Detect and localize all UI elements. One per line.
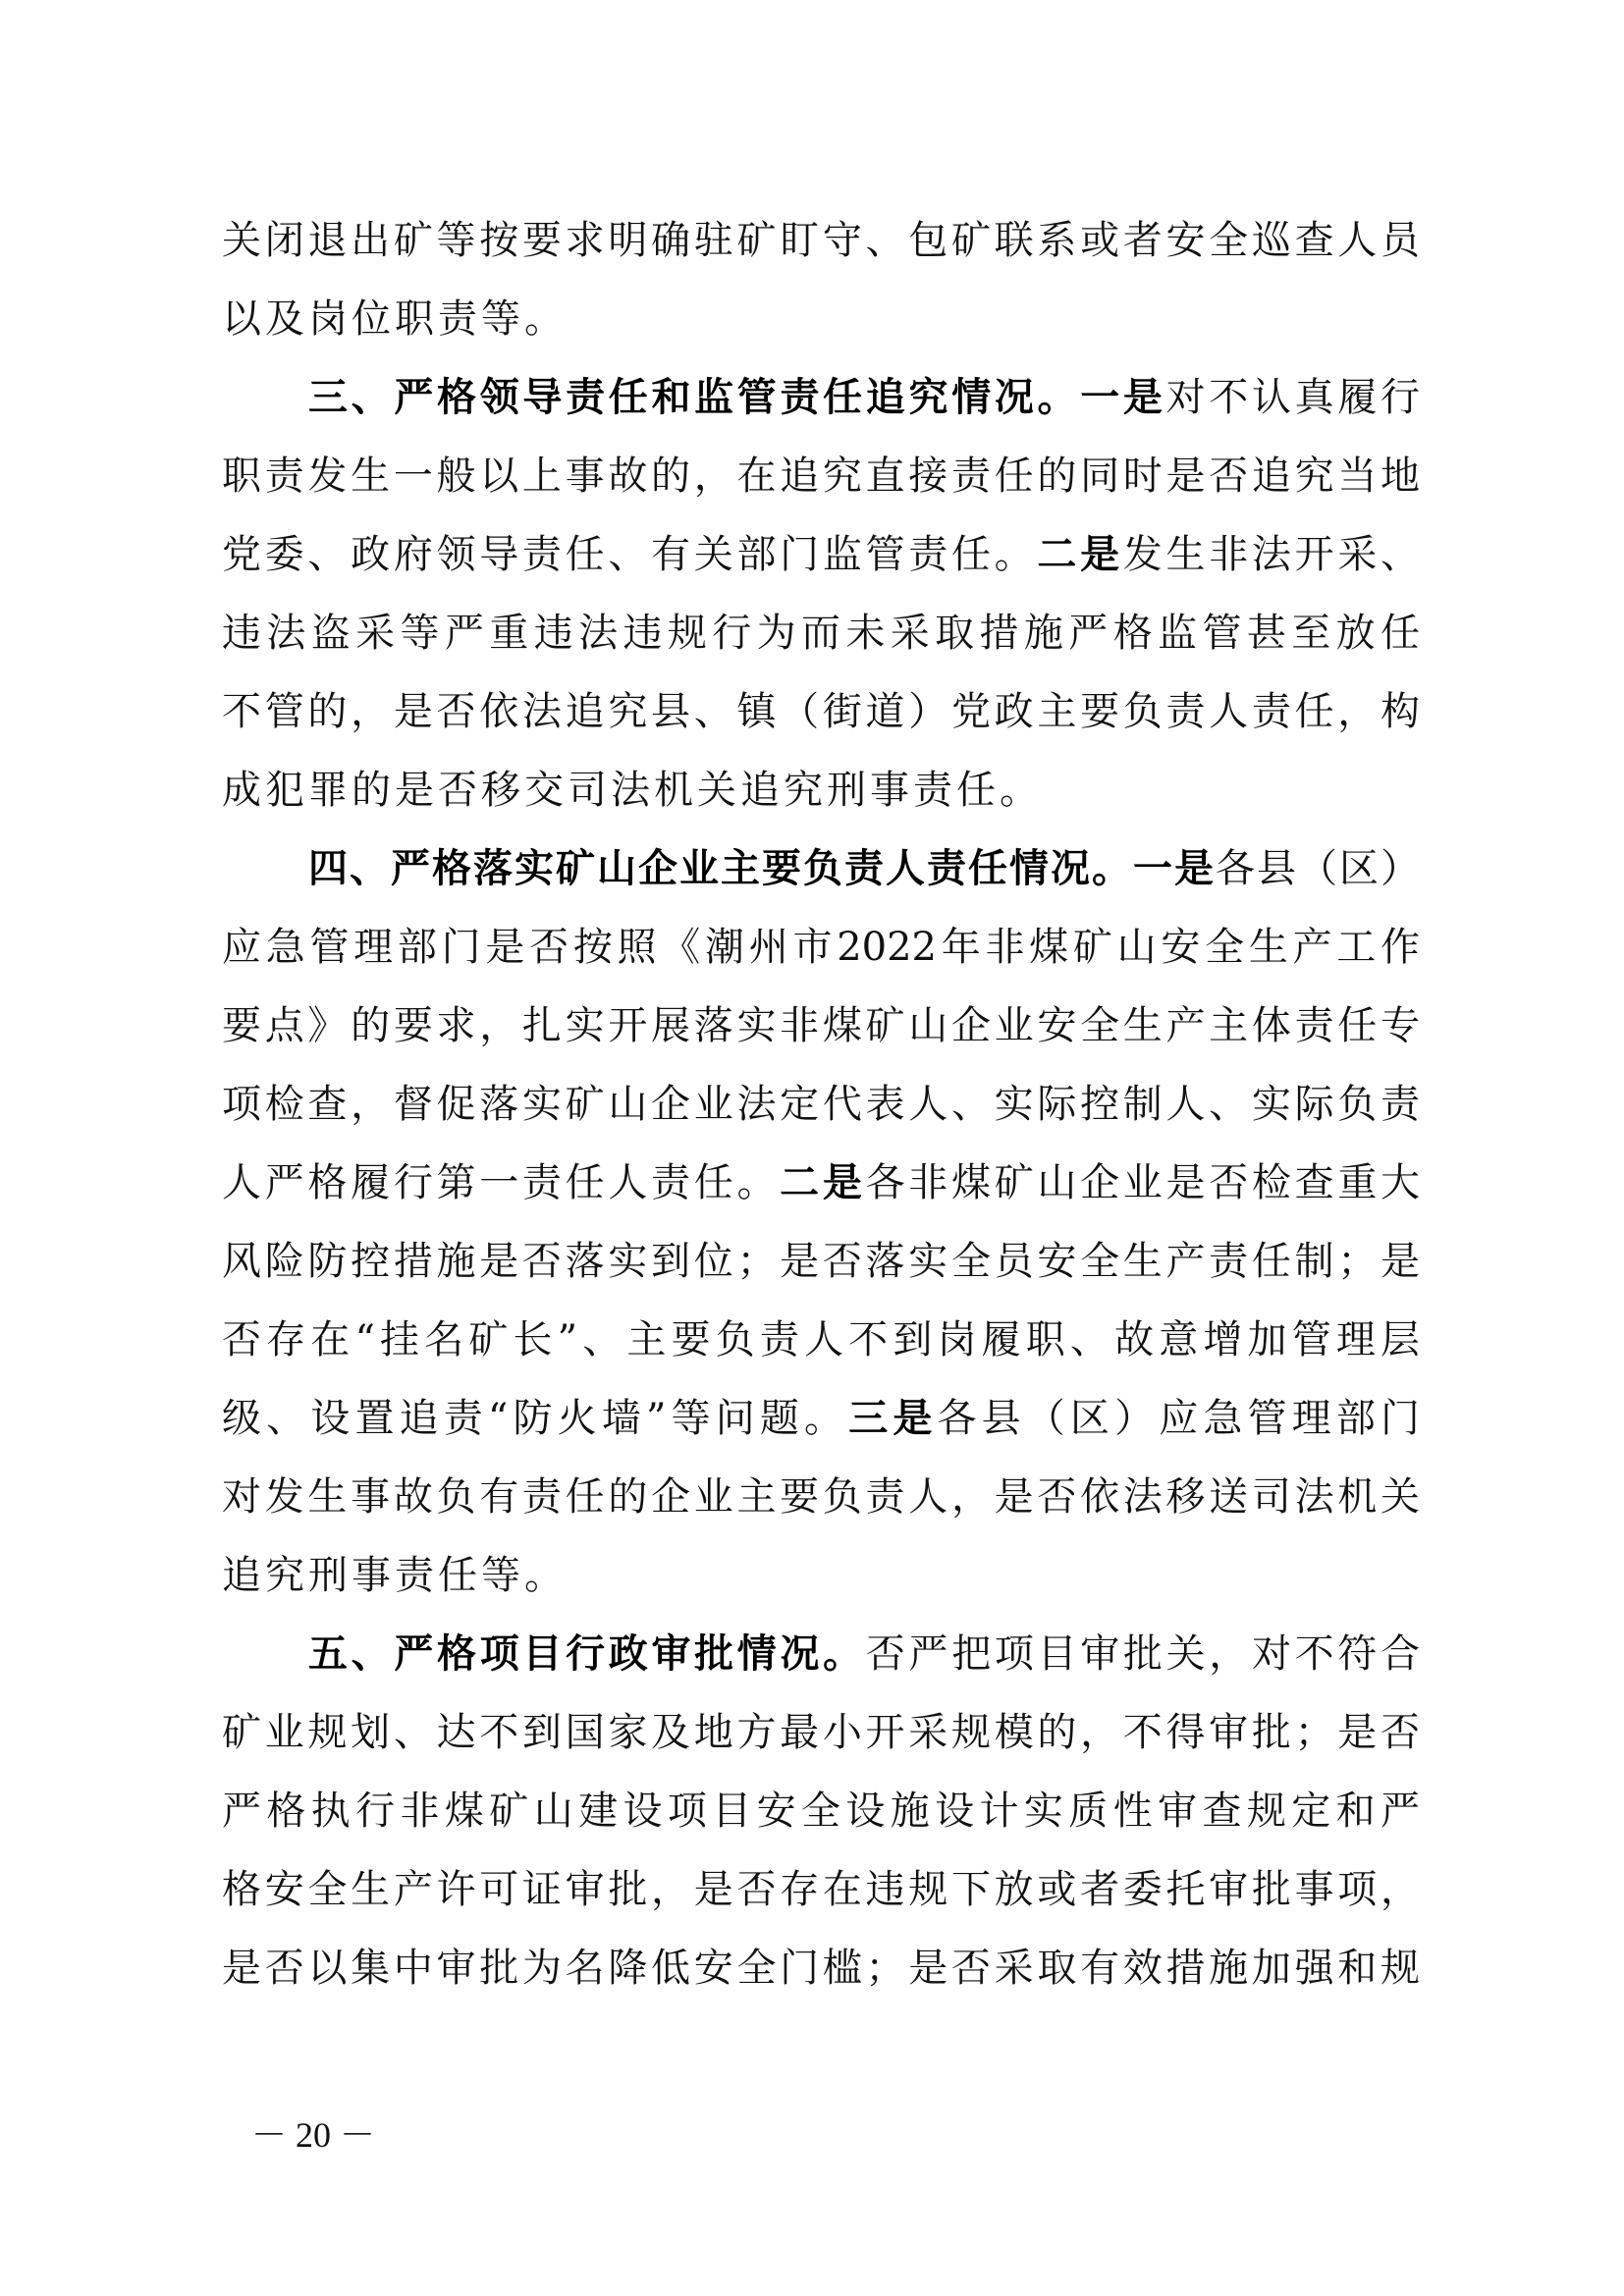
body-line: 关闭退出矿等按要求明确驻矿盯守、包矿联系或者安全巡查人员 xyxy=(222,201,1420,280)
body-text: 各县（区） xyxy=(1216,846,1420,891)
body-text: 对发生事故负有责任的企业主要负责人，是否依法移送司法机关 xyxy=(222,1474,1420,1520)
body-line: 矿业规划、达不到国家及地方最小开采规模的，不得审批；是否 xyxy=(222,1693,1420,1772)
body-line: 以及岗位职责等。 xyxy=(222,280,1420,358)
body-line: 项检查，督促落实矿山企业法定代表人、实际控制人、实际负责 xyxy=(222,1065,1420,1144)
body-text: 不管的，是否依法追究县、镇（街道）党政主要负责人责任，构 xyxy=(222,689,1420,734)
body-text: 职责发生一般以上事故的，在追究直接责任的同时是否追究当地 xyxy=(222,454,1420,499)
body-text: 格安全生产许可证审批，是否存在违规下放或者委托审批事项， xyxy=(222,1867,1420,1912)
body-line: 违法盗采等严重违法违规行为而未采取措施严格监管甚至放任 xyxy=(222,594,1420,672)
section-heading-4: 四、严格落实矿山企业主要负责人责任情况。一是各县（区） xyxy=(222,829,1420,908)
body-text: 关闭退出矿等按要求明确驻矿盯守、包矿联系或者安全巡查人员 xyxy=(222,218,1420,263)
body-text: 否严把项目审批关，对不符合 xyxy=(866,1631,1420,1677)
body-text: 是否以集中审批为名降低安全门槛；是否采取有效措施加强和规 xyxy=(222,1946,1420,1991)
body-line: 要点》的要求，扎实开展落实非煤矿山企业安全生产主体责任专 xyxy=(222,987,1420,1065)
body-line: 职责发生一般以上事故的，在追究直接责任的同时是否追究当地 xyxy=(222,437,1420,515)
body-text: 各县（区）应急管理部门 xyxy=(938,1396,1421,1441)
section-title: 三、严格领导责任和监管责任追究情况。一是 xyxy=(308,375,1166,420)
body-text: 否存在“挂名矿长”、主要负责人不到岗履职、故意增加管理层 xyxy=(222,1317,1420,1362)
body-text: 矿业规划、达不到国家及地方最小开采规模的，不得审批；是否 xyxy=(222,1710,1420,1755)
body-text: 发生非法开采、 xyxy=(1123,532,1420,577)
body-text: 对不认真履行 xyxy=(1166,375,1420,420)
body-line: 级、设置追责“防火墙”等问题。三是各县（区）应急管理部门 xyxy=(222,1379,1420,1458)
section-heading-5: 五、严格项目行政审批情况。否严把项目审批关，对不符合 xyxy=(222,1615,1420,1693)
body-line: 不管的，是否依法追究县、镇（街道）党政主要负责人责任，构 xyxy=(222,672,1420,751)
body-line: 追究刑事责任等。 xyxy=(222,1536,1420,1615)
body-line: 是否以集中审批为名降低安全门槛；是否采取有效措施加强和规 xyxy=(222,1929,1420,2007)
body-text: 要点》的要求，扎实开展落实非煤矿山企业安全生产主体责任专 xyxy=(222,1003,1420,1048)
body-text: 项检查，督促落实矿山企业法定代表人、实际控制人、实际负责 xyxy=(222,1082,1420,1127)
body-text: 级、设置追责“防火墙”等问题。 xyxy=(222,1396,848,1441)
emphasis-text: 三是 xyxy=(848,1396,937,1441)
body-line: 对发生事故负有责任的企业主要负责人，是否依法移送司法机关 xyxy=(222,1458,1420,1536)
section-title: 五、严格项目行政审批情况。 xyxy=(308,1631,866,1677)
document-page: 关闭退出矿等按要求明确驻矿盯守、包矿联系或者安全巡查人员 以及岗位职责等。 三、… xyxy=(0,0,1624,2296)
emphasis-text: 二是 xyxy=(1037,532,1122,577)
body-text: 各非煤矿山企业是否检查重大 xyxy=(866,1160,1420,1205)
body-text: 应急管理部门是否按照《潮州市2022年非煤矿山安全生产工作 xyxy=(222,925,1420,970)
body-text: 成犯罪的是否移交司法机关追究刑事责任。 xyxy=(222,768,1043,813)
body-line: 成犯罪的是否移交司法机关追究刑事责任。 xyxy=(222,751,1420,829)
section-heading-3: 三、严格领导责任和监管责任追究情况。一是对不认真履行 xyxy=(222,358,1420,437)
section-title: 四、严格落实矿山企业主要负责人责任情况。一是 xyxy=(308,846,1216,891)
page-number: － 20 － xyxy=(251,2110,375,2160)
body-line: 否存在“挂名矿长”、主要负责人不到岗履职、故意增加管理层 xyxy=(222,1301,1420,1379)
body-text: 以及岗位职责等。 xyxy=(222,296,568,342)
body-text: 严格执行非煤矿山建设项目安全设施设计实质性审查规定和严 xyxy=(222,1789,1420,1834)
body-line: 格安全生产许可证审批，是否存在违规下放或者委托审批事项， xyxy=(222,1850,1420,1929)
body-line: 人严格履行第一责任人责任。二是各非煤矿山企业是否检查重大 xyxy=(222,1144,1420,1222)
body-text: 违法盗采等严重违法违规行为而未采取措施严格监管甚至放任 xyxy=(222,611,1420,656)
body-text: 风险防控措施是否落实到位；是否落实全员安全生产责任制；是 xyxy=(222,1239,1420,1284)
body-text: 追究刑事责任等。 xyxy=(222,1553,568,1598)
emphasis-text: 二是 xyxy=(780,1160,865,1205)
body-line: 党委、政府领导责任、有关部门监管责任。二是发生非法开采、 xyxy=(222,515,1420,594)
body-text: 人严格履行第一责任人责任。 xyxy=(222,1160,780,1205)
body-text: 党委、政府领导责任、有关部门监管责任。 xyxy=(222,532,1037,577)
body-line: 风险防控措施是否落实到位；是否落实全员安全生产责任制；是 xyxy=(222,1222,1420,1301)
body-line: 应急管理部门是否按照《潮州市2022年非煤矿山安全生产工作 xyxy=(222,908,1420,987)
body-line: 严格执行非煤矿山建设项目安全设施设计实质性审查规定和严 xyxy=(222,1772,1420,1850)
